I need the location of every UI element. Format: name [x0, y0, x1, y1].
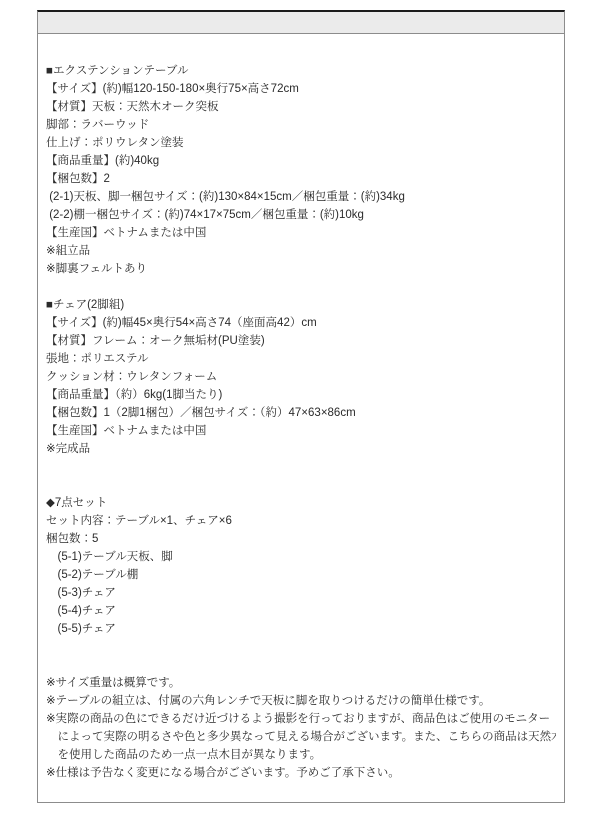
spec-line: ◆7点セット	[46, 494, 556, 512]
spec-line: 【サイズ】(約)幅120-150-180×奥行75×高さ72cm	[46, 80, 556, 98]
spec-line: 【梱包数】2	[46, 170, 556, 188]
spec-line: 【サイズ】(約)幅45×奥行54×高さ74（座面高42）cm	[46, 314, 556, 332]
spec-line: ※完成品	[46, 440, 556, 458]
spec-line: ※組立品	[46, 242, 556, 260]
product-spec-panel: 天然木オーク材エクステンションダイニング【Festia】フェスティア ■エクステ…	[37, 10, 565, 803]
spec-line: 張地：ポリエステル	[46, 350, 556, 368]
spec-line: (2-2)棚一梱包サイズ：(約)74×17×75cm／梱包重量：(約)10kg	[46, 206, 556, 224]
spec-line: 【商品重量】（約）6kg(1脚当たり)	[46, 386, 556, 404]
product-title-bar: 天然木オーク材エクステンションダイニング【Festia】フェスティア	[38, 12, 564, 34]
note-line: ※実際の商品の色にできるだけ近づけるよう撮影を行っておりますが、商品色はご使用の…	[46, 710, 556, 728]
spec-line: (5-4)チェア	[46, 602, 556, 620]
section-extension-table: ■エクステンションテーブル 【サイズ】(約)幅120-150-180×奥行75×…	[46, 62, 556, 278]
spec-line: 【商品重量】(約)40kg	[46, 152, 556, 170]
spec-line: セット内容：テーブル×1、チェア×6	[46, 512, 556, 530]
section-seven-piece-set: ◆7点セット セット内容：テーブル×1、チェア×6 梱包数：5 (5-1)テーブ…	[46, 494, 556, 638]
spec-line: 【材質】フレーム：オーク無垢材(PU塗装)	[46, 332, 556, 350]
spec-line: (5-3)チェア	[46, 584, 556, 602]
spec-line: (2-1)天板、脚一梱包サイズ：(約)130×84×15cm／梱包重量：(約)3…	[46, 188, 556, 206]
spec-line: (5-2)テーブル棚	[46, 566, 556, 584]
note-line: ※テーブルの組立は、付属の六角レンチで天板に脚を取りつけるだけの簡単仕様です。	[46, 692, 556, 710]
spec-line: ■チェア(2脚組)	[46, 296, 556, 314]
spec-line: クッション材：ウレタンフォーム	[46, 368, 556, 386]
spec-line: 【生産国】ベトナムまたは中国	[46, 224, 556, 242]
spec-line: 【材質】天板：天然木オーク突板	[46, 98, 556, 116]
spec-line: 【生産国】ベトナムまたは中国	[46, 422, 556, 440]
section-gap	[46, 278, 556, 296]
spec-line: 梱包数：5	[46, 530, 556, 548]
spec-line: ※脚裏フェルトあり	[46, 260, 556, 278]
spec-line: (5-1)テーブル天板、脚	[46, 548, 556, 566]
spec-line: (5-5)チェア	[46, 620, 556, 638]
spec-line: 脚部：ラバーウッド	[46, 116, 556, 134]
note-line: ※サイズ重量は概算です。	[46, 674, 556, 692]
note-line: によって実際の明るさや色と多少異なって見える場合がございます。また、こちらの商品…	[46, 728, 556, 746]
spec-line: ■エクステンションテーブル	[46, 62, 556, 80]
note-line: ※仕様は予告なく変更になる場合がございます。予めご了承下さい。	[46, 764, 556, 782]
section-gap	[46, 458, 556, 494]
section-gap	[46, 638, 556, 674]
spec-body: ■エクステンションテーブル 【サイズ】(約)幅120-150-180×奥行75×…	[38, 34, 564, 782]
section-notes: ※サイズ重量は概算です。 ※テーブルの組立は、付属の六角レンチで天板に脚を取りつ…	[46, 674, 556, 782]
spec-sheet-page: 天然木オーク材エクステンションダイニング【Festia】フェスティア ■エクステ…	[0, 0, 600, 816]
section-chair: ■チェア(2脚組) 【サイズ】(約)幅45×奥行54×高さ74（座面高42）cm…	[46, 296, 556, 458]
spec-line: 仕上げ：ポリウレタン塗装	[46, 134, 556, 152]
note-line: を使用した商品のため一点一点木目が異なります。	[46, 746, 556, 764]
spec-line: 【梱包数】1（2脚1梱包）／梱包サイズ：（約）47×63×86cm	[46, 404, 556, 422]
